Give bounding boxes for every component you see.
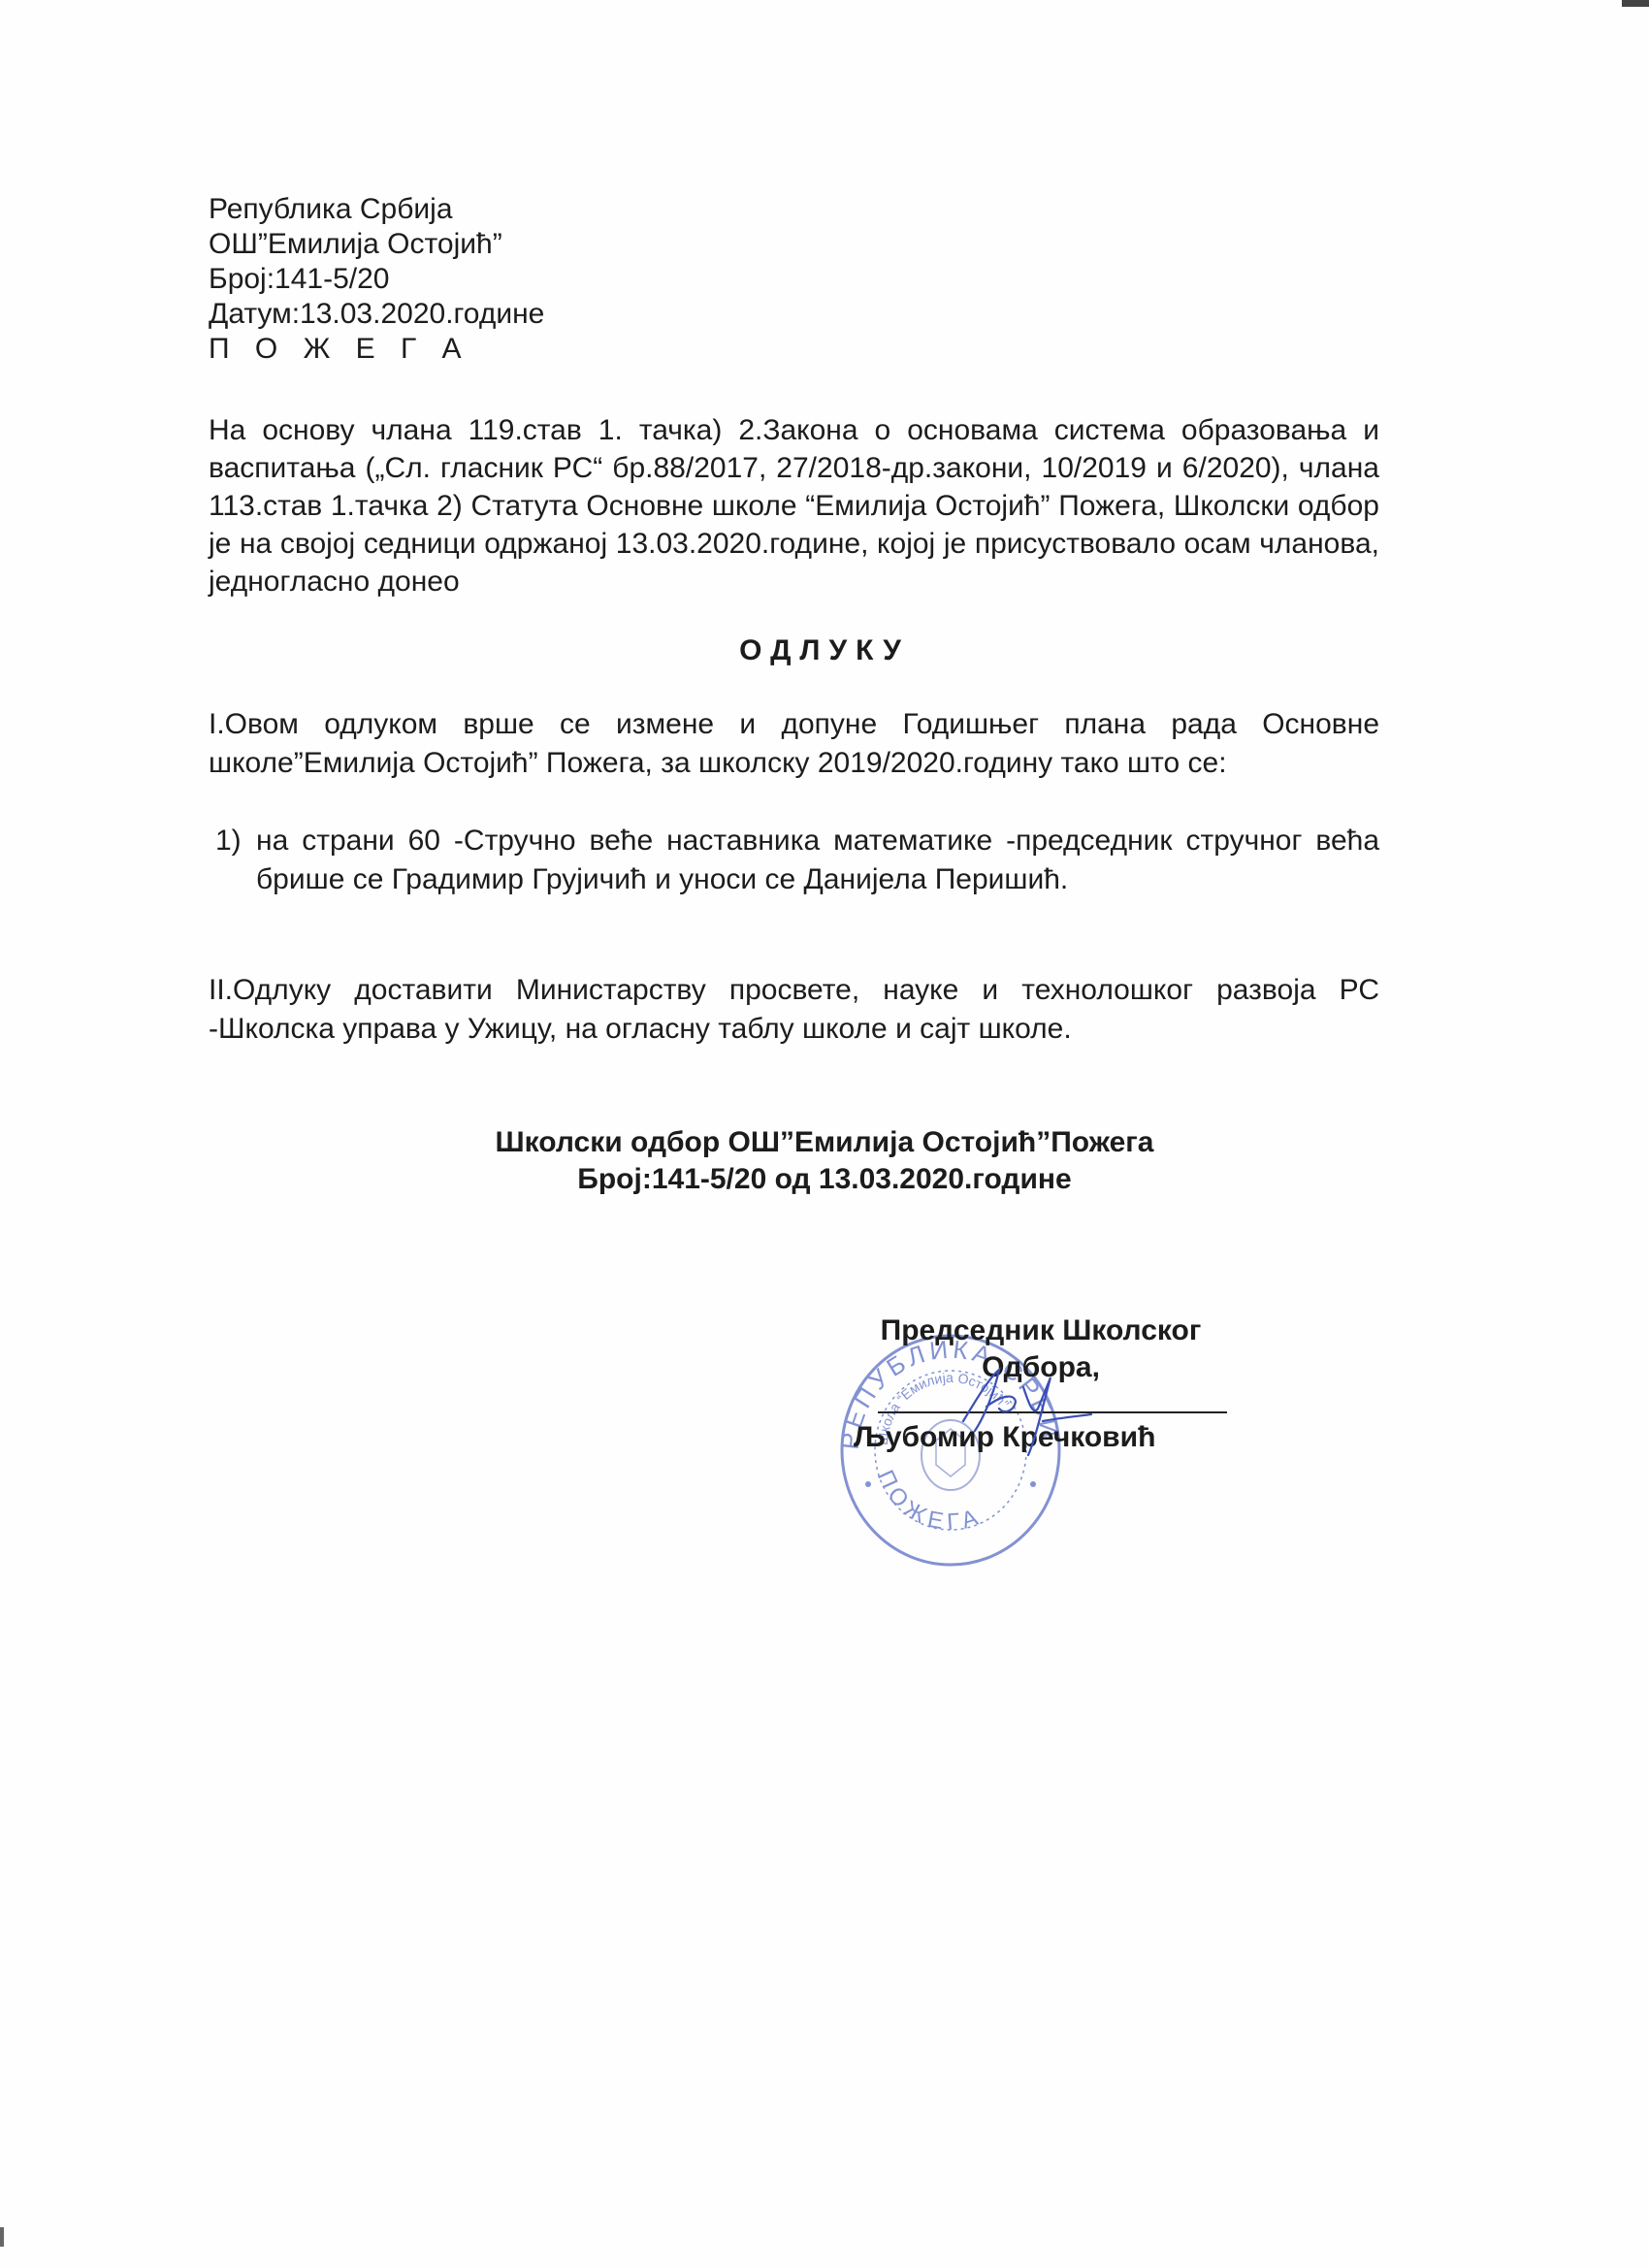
list-item-text: на страни 60 -Стручно веће наставника ма…: [256, 822, 1379, 899]
list-item-number: 1): [215, 822, 242, 860]
header-number: Број:141-5/20: [209, 262, 544, 297]
intro-paragraph: На основу члана 119.став 1. тачка) 2.Зак…: [209, 411, 1379, 600]
header-school: ОШ”Емилија Остојић”: [209, 227, 544, 262]
document-header: Република Србија ОШ”Емилија Остојић” Бро…: [209, 192, 544, 367]
signature-title-line1: Председник Школског: [852, 1312, 1230, 1349]
header-country: Република Србија: [209, 192, 544, 227]
section-1-paragraph: I.Овом одлуком врше се измене и допуне Г…: [209, 705, 1379, 783]
board-reference: Школски одбор ОШ”Емилија Остојић”Пожега …: [0, 1124, 1649, 1198]
board-name: Школски одбор ОШ”Емилија Остојић”Пожега: [0, 1124, 1649, 1161]
handwritten-signature-icon: [946, 1348, 1101, 1465]
scan-edge-mark: [1622, 0, 1649, 7]
document-page: Република Србија ОШ”Емилија Остојић” Бро…: [0, 0, 1649, 2268]
board-number: Број:141-5/20 од 13.03.2020.године: [0, 1161, 1649, 1198]
stamp-city-text: ПОЖЕГА: [872, 1467, 986, 1537]
scan-edge-mark: [0, 2227, 4, 2247]
header-date: Датум:13.03.2020.године: [209, 297, 544, 332]
decision-title: ОДЛУКУ: [0, 634, 1649, 667]
svg-text:ПОЖЕГА: ПОЖЕГА: [872, 1467, 986, 1537]
section-2-paragraph: II.Одлуку доставити Министарству просвет…: [209, 971, 1379, 1049]
header-city: П О Ж Е Г А: [209, 332, 544, 367]
